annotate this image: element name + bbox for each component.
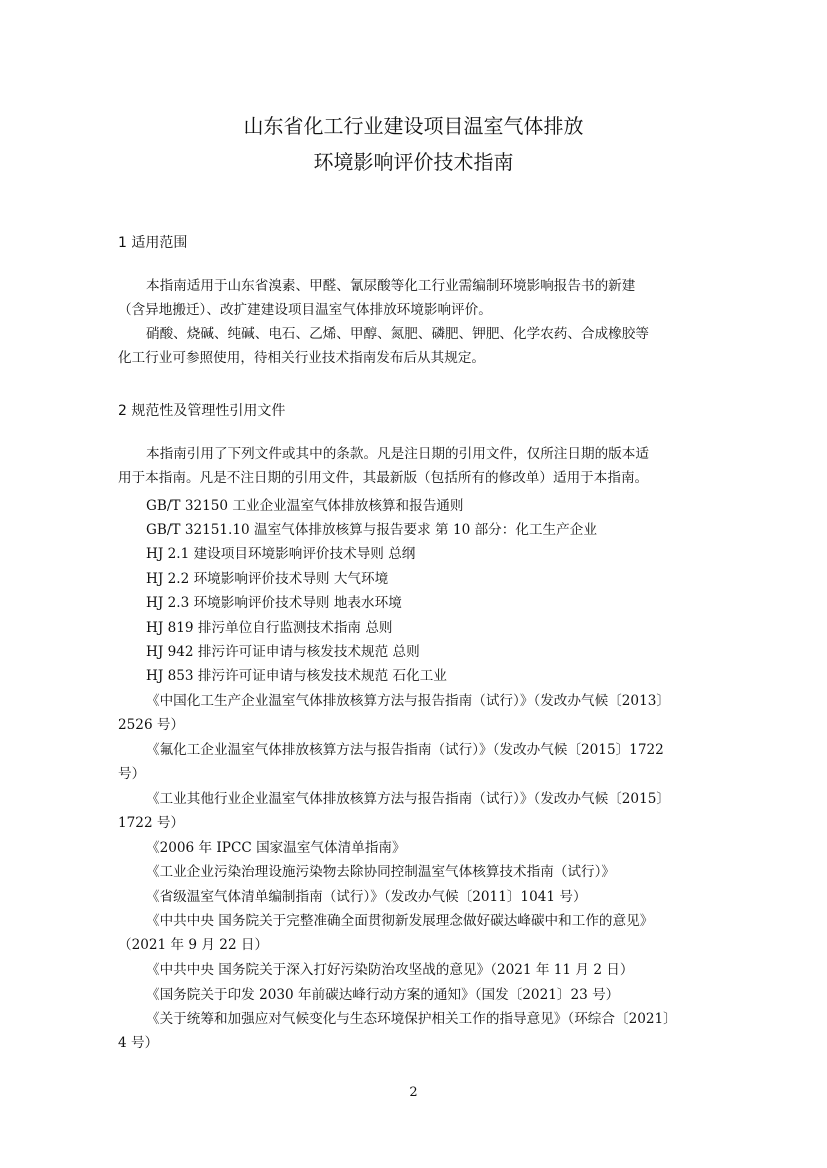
standard-reference: HJ 2.3 环境影响评价技术导则 地表水环境	[146, 591, 402, 611]
scope-paragraph-2: 硝酸、烧碱、纯碱、电石、乙烯、甲醇、氮肥、磷肥、钾肥、化学农药、合成橡胶等 化工…	[118, 322, 710, 370]
standard-reference: GB/T 32150 工业企业温室气体排放核算和报告通则	[146, 494, 463, 514]
reference-line: 《省级温室气体清单编制指南（试行）》（发改办气候〔2011〕1041 号）	[118, 885, 710, 909]
document-title-line2: 环境影响评价技术指南	[0, 146, 827, 175]
page-number: 2	[0, 1085, 827, 1100]
document-reference: 《关于统筹和加强应对气候变化与生态环境保护相关工作的指导意见》（环综合〔2021…	[118, 1007, 710, 1055]
section-heading-scope: 1 适用范围	[118, 232, 187, 252]
reference-line: 《中共中央 国务院关于深入打好污染防治攻坚战的意见》（2021 年 11 月 2…	[118, 958, 710, 982]
document-reference: 《中共中央 国务院关于深入打好污染防治攻坚战的意见》（2021 年 11 月 2…	[118, 958, 710, 982]
reference-line: 1722 号）	[118, 811, 710, 835]
paragraph-line: （含异地搬迁）、改扩建建设项目温室气体排放环境影响评价。	[118, 298, 710, 322]
reference-line: 《中国化工生产企业温室气体排放核算方法与报告指南（试行）》（发改办气候〔2013…	[118, 689, 710, 713]
reference-line: 《工业其他行业企业温室气体排放核算方法与报告指南（试行）》（发改办气候〔2015…	[118, 787, 710, 811]
paragraph-line: 硝酸、烧碱、纯碱、电石、乙烯、甲醇、氮肥、磷肥、钾肥、化学农药、合成橡胶等	[118, 322, 710, 346]
reference-line: 4 号）	[118, 1031, 710, 1055]
paragraph-line: 用于本指南。凡是不注日期的引用文件，其最新版（包括所有的修改单）适用于本指南。	[118, 466, 710, 490]
reference-line: 《氟化工企业温室气体排放核算方法与报告指南（试行）》（发改办气候〔2015〕17…	[118, 738, 710, 762]
standard-reference: HJ 853 排污许可证申请与核发技术规范 石化工业	[146, 664, 447, 684]
paragraph-line: 化工行业可参照使用，待相关行业技术指南发布后从其规定。	[118, 346, 710, 370]
reference-line: 号）	[118, 762, 710, 786]
standard-reference: HJ 819 排污单位自行监测技术指南 总则	[146, 616, 393, 636]
document-reference: 《工业企业污染治理设施污染物去除协同控制温室气体核算技术指南（试行）》	[118, 860, 710, 884]
document-reference: 《2006 年 IPCC 国家温室气体清单指南》	[118, 836, 710, 860]
document-reference: 《中共中央 国务院关于完整准确全面贯彻新发展理念做好碳达峰碳中和工作的意见》 （…	[118, 909, 710, 957]
reference-line: 《中共中央 国务院关于完整准确全面贯彻新发展理念做好碳达峰碳中和工作的意见》	[118, 909, 710, 933]
reference-line: （2021 年 9 月 22 日）	[118, 933, 710, 957]
paragraph-line: 本指南引用了下列文件或其中的条款。凡是注日期的引用文件，仅所注日期的版本适	[118, 442, 710, 466]
standard-reference: GB/T 32151.10 温室气体排放核算与报告要求 第 10 部分：化工生产…	[146, 518, 597, 538]
document-reference: 《中国化工生产企业温室气体排放核算方法与报告指南（试行）》（发改办气候〔2013…	[118, 689, 710, 737]
reference-line: 《关于统筹和加强应对气候变化与生态环境保护相关工作的指导意见》（环综合〔2021…	[118, 1007, 710, 1031]
references-intro: 本指南引用了下列文件或其中的条款。凡是注日期的引用文件，仅所注日期的版本适 用于…	[118, 442, 710, 490]
paragraph-line: 本指南适用于山东省溴素、甲醛、氰尿酸等化工行业需编制环境影响报告书的新建	[118, 274, 710, 298]
document-reference: 《工业其他行业企业温室气体排放核算方法与报告指南（试行）》（发改办气候〔2015…	[118, 787, 710, 835]
reference-line: 《国务院关于印发 2030 年前碳达峰行动方案的通知》（国发〔2021〕23 号…	[118, 983, 710, 1007]
document-reference: 《氟化工企业温室气体排放核算方法与报告指南（试行）》（发改办气候〔2015〕17…	[118, 738, 710, 786]
document-reference: 《国务院关于印发 2030 年前碳达峰行动方案的通知》（国发〔2021〕23 号…	[118, 983, 710, 1007]
standard-reference: HJ 2.2 环境影响评价技术导则 大气环境	[146, 567, 388, 587]
reference-line: 2526 号）	[118, 713, 710, 737]
section-heading-references: 2 规范性及管理性引用文件	[118, 400, 285, 420]
reference-line: 《工业企业污染治理设施污染物去除协同控制温室气体核算技术指南（试行）》	[118, 860, 710, 884]
scope-paragraph-1: 本指南适用于山东省溴素、甲醛、氰尿酸等化工行业需编制环境影响报告书的新建 （含异…	[118, 274, 710, 322]
document-reference: 《省级温室气体清单编制指南（试行）》（发改办气候〔2011〕1041 号）	[118, 885, 710, 909]
document-title-line1: 山东省化工行业建设项目温室气体排放	[0, 110, 827, 139]
standard-reference: HJ 942 排污许可证申请与核发技术规范 总则	[146, 640, 420, 660]
standard-reference: HJ 2.1 建设项目环境影响评价技术导则 总纲	[146, 542, 415, 562]
reference-line: 《2006 年 IPCC 国家温室气体清单指南》	[118, 836, 710, 860]
